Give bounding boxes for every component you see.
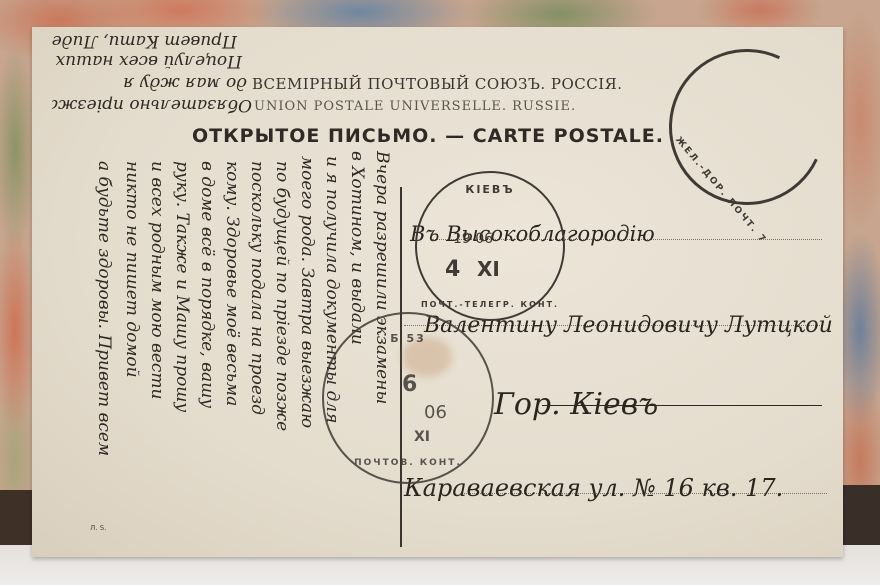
postmark-second: Б 53 6 06 XI ПОЧТОВ. КОНТ. [322,312,494,484]
postcard: Привет Кати, Лиде. Поцелуй всех наших до… [32,27,843,557]
postcard-title: ОТКРЫТОЕ ПИСЬМО. — CARTE POSTALE. [192,125,664,147]
postmark-month: XI [414,429,430,445]
postmark-month: XI [477,257,500,281]
postmark-ring-bottom: ПОЧТОВ. КОНТ. [324,458,492,468]
postmark-ring-top: КIЕВЪ [417,183,563,196]
message-line: Обязательно прiезжай [52,95,252,115]
message-line: по будущей по прiезде позже [272,161,292,431]
message-line: а будьте здоровы. Привет всем [94,161,114,456]
message-line: Поцелуй всех наших [56,51,242,71]
postmark-ring-top: Б 53 [324,332,492,345]
message-line: моего рода. Завтра выезжаю [297,156,317,428]
message-line: кому. Здоровье моё весьма [222,161,242,406]
message-line: Привет Кати, Лиде. [52,31,237,51]
postal-union-russian: ВСЕМIРНЫЙ ПОЧТОВЫЙ СОЮЗЪ. РОССIЯ. [252,75,623,93]
postal-union-french: UNION POSTALE UNIVERSELLE. RUSSIE. [254,99,576,114]
postmark-year: 19 06 [453,231,493,247]
postmark-ring-bottom: ПОЧТ.-ТЕЛЕГР. КОНТ. [417,300,563,309]
postmark-day: 4 [445,257,460,282]
message-line: в доме всё в порядке, вашу [197,161,217,408]
message-line: до мая жду я [123,73,247,93]
album-edge-right [840,485,880,545]
printer-mark: Л. S. [90,524,106,532]
message-line: никто не пишет домой [122,161,142,378]
postmark-kiev: КIЕВЪ 19 06 4 XI ПОЧТ.-ТЕЛЕГР. КОНТ. [415,171,565,321]
message-line: и всех родным мою вести [147,161,167,400]
address-city: Гор. Кiевъ [494,387,658,422]
address-street: Караваевская ул. № 16 кв. 17. [404,474,783,502]
postmark-year: 06 [424,402,447,423]
message-line: руку. Также и Машу прошу [172,161,192,412]
postmark-day: 6 [402,372,417,397]
message-line: в Хотином, и выдали [347,151,367,345]
message-line: поскольку подала на проезд [247,161,267,415]
postmark-ring-text: ЖЕЛ.-ДОР. ПОЧТ. 7 [673,135,768,246]
postmark-partial-railway: ЖЕЛ.-ДОР. ПОЧТ. 7 [647,27,847,227]
